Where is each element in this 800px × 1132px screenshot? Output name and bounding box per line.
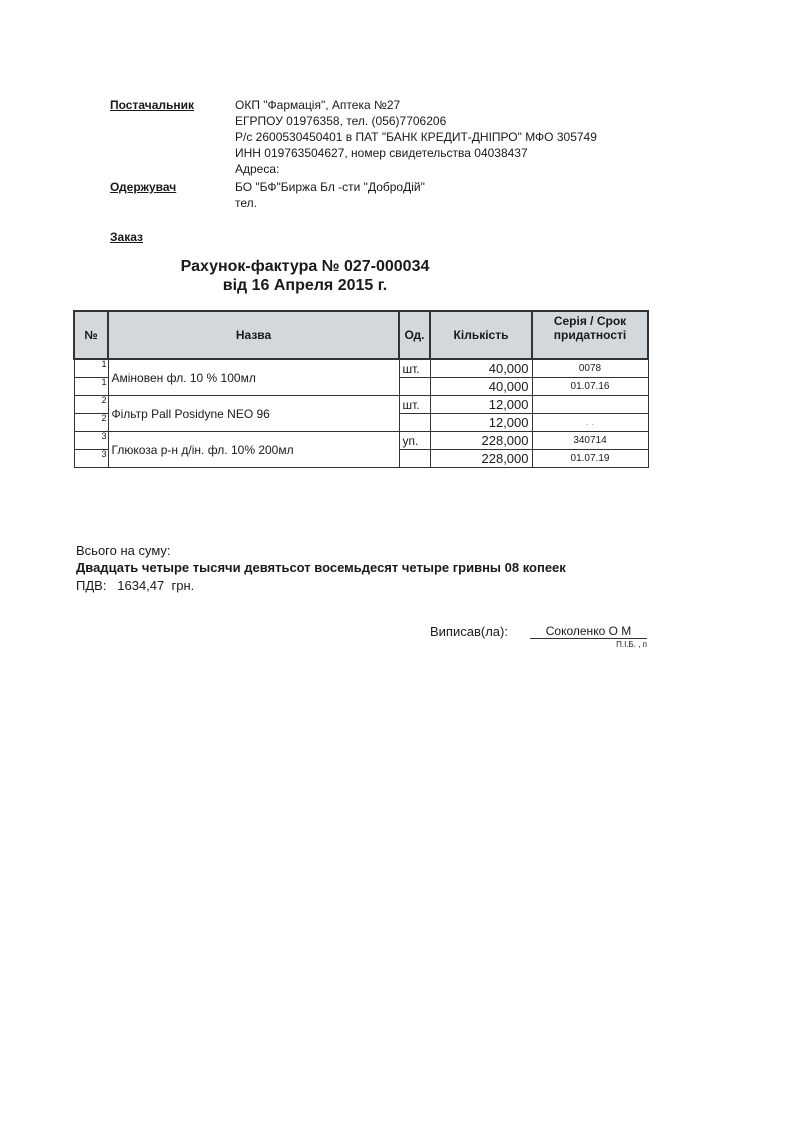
signature-caption: П.І.Б. , п [530,640,647,649]
supplier-details: ОКП "Фармація", Аптека №27 ЕГРПОУ 019763… [235,97,597,177]
item-unit [399,414,430,432]
table-row: 1 Аміновен фл. 10 % 100мл шт. 40,000 007… [74,359,648,378]
item-serie [532,396,648,414]
recipient-label: Одержувач [110,180,176,194]
signature-label: Виписав(ла): [430,624,508,639]
supplier-line: ОКП "Фармація", Аптека №27 [235,97,597,113]
item-expiry: . . [532,414,648,432]
row-number: 3 [74,450,108,468]
item-qty: 12,000 [430,396,532,414]
recipient-line: БО "БФ"Биржа Бл -сти "ДоброДій" [235,179,425,195]
invoice-table: № Назва Од. Кількість Серія / Срок прида… [73,310,649,468]
supplier-line: ИНН 019763504627, номер свидетельства 04… [235,145,597,161]
row-number: 3 [74,432,108,450]
item-qty: 40,000 [430,359,532,378]
recipient-line: тел. [235,195,425,211]
item-expiry: 01.07.19 [532,450,648,468]
table-header-row: № Назва Од. Кількість Серія / Срок прида… [74,311,648,359]
item-name: Фільтр Pall Posidyne NEO 96 [108,396,399,432]
item-unit: шт. [399,359,430,378]
vat-amount: ПДВ: 1634,47 грн. [76,578,194,593]
item-unit [399,450,430,468]
sum-in-words: Двадцать четыре тысячи девятьсот восемьд… [76,560,566,575]
col-header-qty: Кількість [430,311,532,359]
col-header-no: № [74,311,108,359]
item-serie: 0078 [532,359,648,378]
col-header-unit: Од. [399,311,430,359]
item-qty: 12,000 [430,414,532,432]
supplier-label: Постачальник [110,98,194,112]
table-row: 3 Глюкоза р-н д/ін. фл. 10% 200мл уп. 22… [74,432,648,450]
order-label: Заказ [110,230,143,244]
row-number: 1 [74,378,108,396]
table-row: 2 Фільтр Pall Posidyne NEO 96 шт. 12,000 [74,396,648,414]
item-qty: 40,000 [430,378,532,396]
invoice-date: від 16 Апреля 2015 г. [150,277,460,295]
supplier-line: Адреса: [235,161,597,177]
supplier-line: Р/с 2600530450401 в ПАТ "БАНК КРЕДИТ-ДНІ… [235,129,597,145]
col-header-name: Назва [108,311,399,359]
item-qty: 228,000 [430,450,532,468]
item-serie: 340714 [532,432,648,450]
item-name: Аміновен фл. 10 % 100мл [108,359,399,396]
sum-label: Всього на суму: [76,543,171,558]
item-unit [399,378,430,396]
item-expiry: 01.07.16 [532,378,648,396]
supplier-line: ЕГРПОУ 01976358, тел. (056)7706206 [235,113,597,129]
recipient-details: БО "БФ"Биржа Бл -сти "ДоброДій" тел. [235,179,425,211]
signature-name: Соколенко О М [530,624,647,639]
item-name: Глюкоза р-н д/ін. фл. 10% 200мл [108,432,399,468]
row-number: 1 [74,359,108,378]
col-header-serie: Серія / Срок придатності [532,311,648,359]
row-number: 2 [74,414,108,432]
item-unit: шт. [399,396,430,414]
item-unit: уп. [399,432,430,450]
item-qty: 228,000 [430,432,532,450]
row-number: 2 [74,396,108,414]
invoice-title: Рахунок-фактура № 027-000034 [150,258,460,276]
